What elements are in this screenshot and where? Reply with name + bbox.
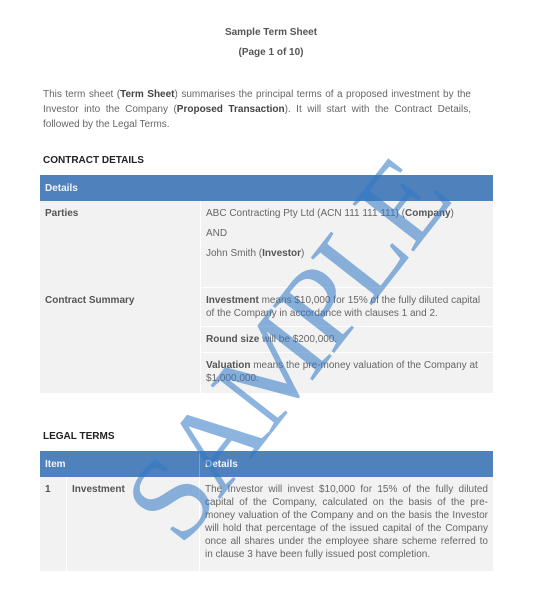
table-row: Parties ABC Contracting Pty Ltd (ACN 111… (40, 201, 493, 288)
defined-term: Valuation (206, 360, 250, 371)
intro-text: This term sheet ( (43, 89, 120, 100)
clause-details: The Investor will invest $10,000 for 15%… (200, 477, 494, 571)
party-and: AND (206, 227, 488, 240)
document-title: Sample Term Sheet (0, 27, 542, 38)
defined-term: Round size (206, 334, 259, 345)
contract-details-heading: CONTRACT DETAILS (43, 155, 144, 166)
intro-defined-term: Term Sheet (120, 89, 174, 100)
defined-term: Company (405, 208, 451, 219)
table-header-row: Details (40, 175, 493, 201)
row-label-parties: Parties (40, 201, 201, 288)
party-text: ABC Contracting Pty Ltd (ACN 111 111 111… (206, 208, 405, 219)
summary-investment: Investment means $10,000 for 15% of the … (201, 288, 494, 327)
clause-term: Investment (67, 477, 200, 571)
party-text: ) (301, 248, 304, 259)
column-header-item: Item (40, 451, 200, 477)
intro-defined-term: Proposed Transaction (177, 104, 285, 115)
table-header-row: Item Details (40, 451, 493, 477)
page-indicator: (Page 1 of 10) (0, 47, 542, 58)
clause-number: 1 (40, 477, 67, 571)
summary-round-size: Round size will be $200,000. (201, 327, 494, 353)
legal-terms-heading: LEGAL TERMS (43, 431, 114, 442)
column-header-details: Details (200, 451, 494, 477)
summary-text: will be $200,000. (259, 334, 337, 345)
contract-details-table: Details Parties ABC Contracting Pty Ltd … (40, 175, 493, 393)
table-row: Contract Summary Investment means $10,00… (40, 288, 493, 327)
defined-term: Investor (262, 248, 301, 259)
party-investor: John Smith (Investor) (206, 247, 488, 260)
defined-term: Investment (206, 295, 259, 306)
table-header-details: Details (40, 175, 493, 201)
intro-paragraph: This term sheet (Term Sheet) summarises … (43, 87, 471, 132)
party-company: ABC Contracting Pty Ltd (ACN 111 111 111… (206, 207, 488, 220)
parties-value: ABC Contracting Pty Ltd (ACN 111 111 111… (201, 201, 494, 288)
table-row: 1 Investment The Investor will invest $1… (40, 477, 493, 571)
legal-terms-table: Item Details 1 Investment The Investor w… (40, 451, 493, 571)
summary-valuation: Valuation means the pre-money valuation … (201, 353, 494, 394)
party-text: ) (451, 208, 454, 219)
row-label-contract-summary: Contract Summary (40, 288, 201, 394)
party-text: John Smith ( (206, 248, 262, 259)
